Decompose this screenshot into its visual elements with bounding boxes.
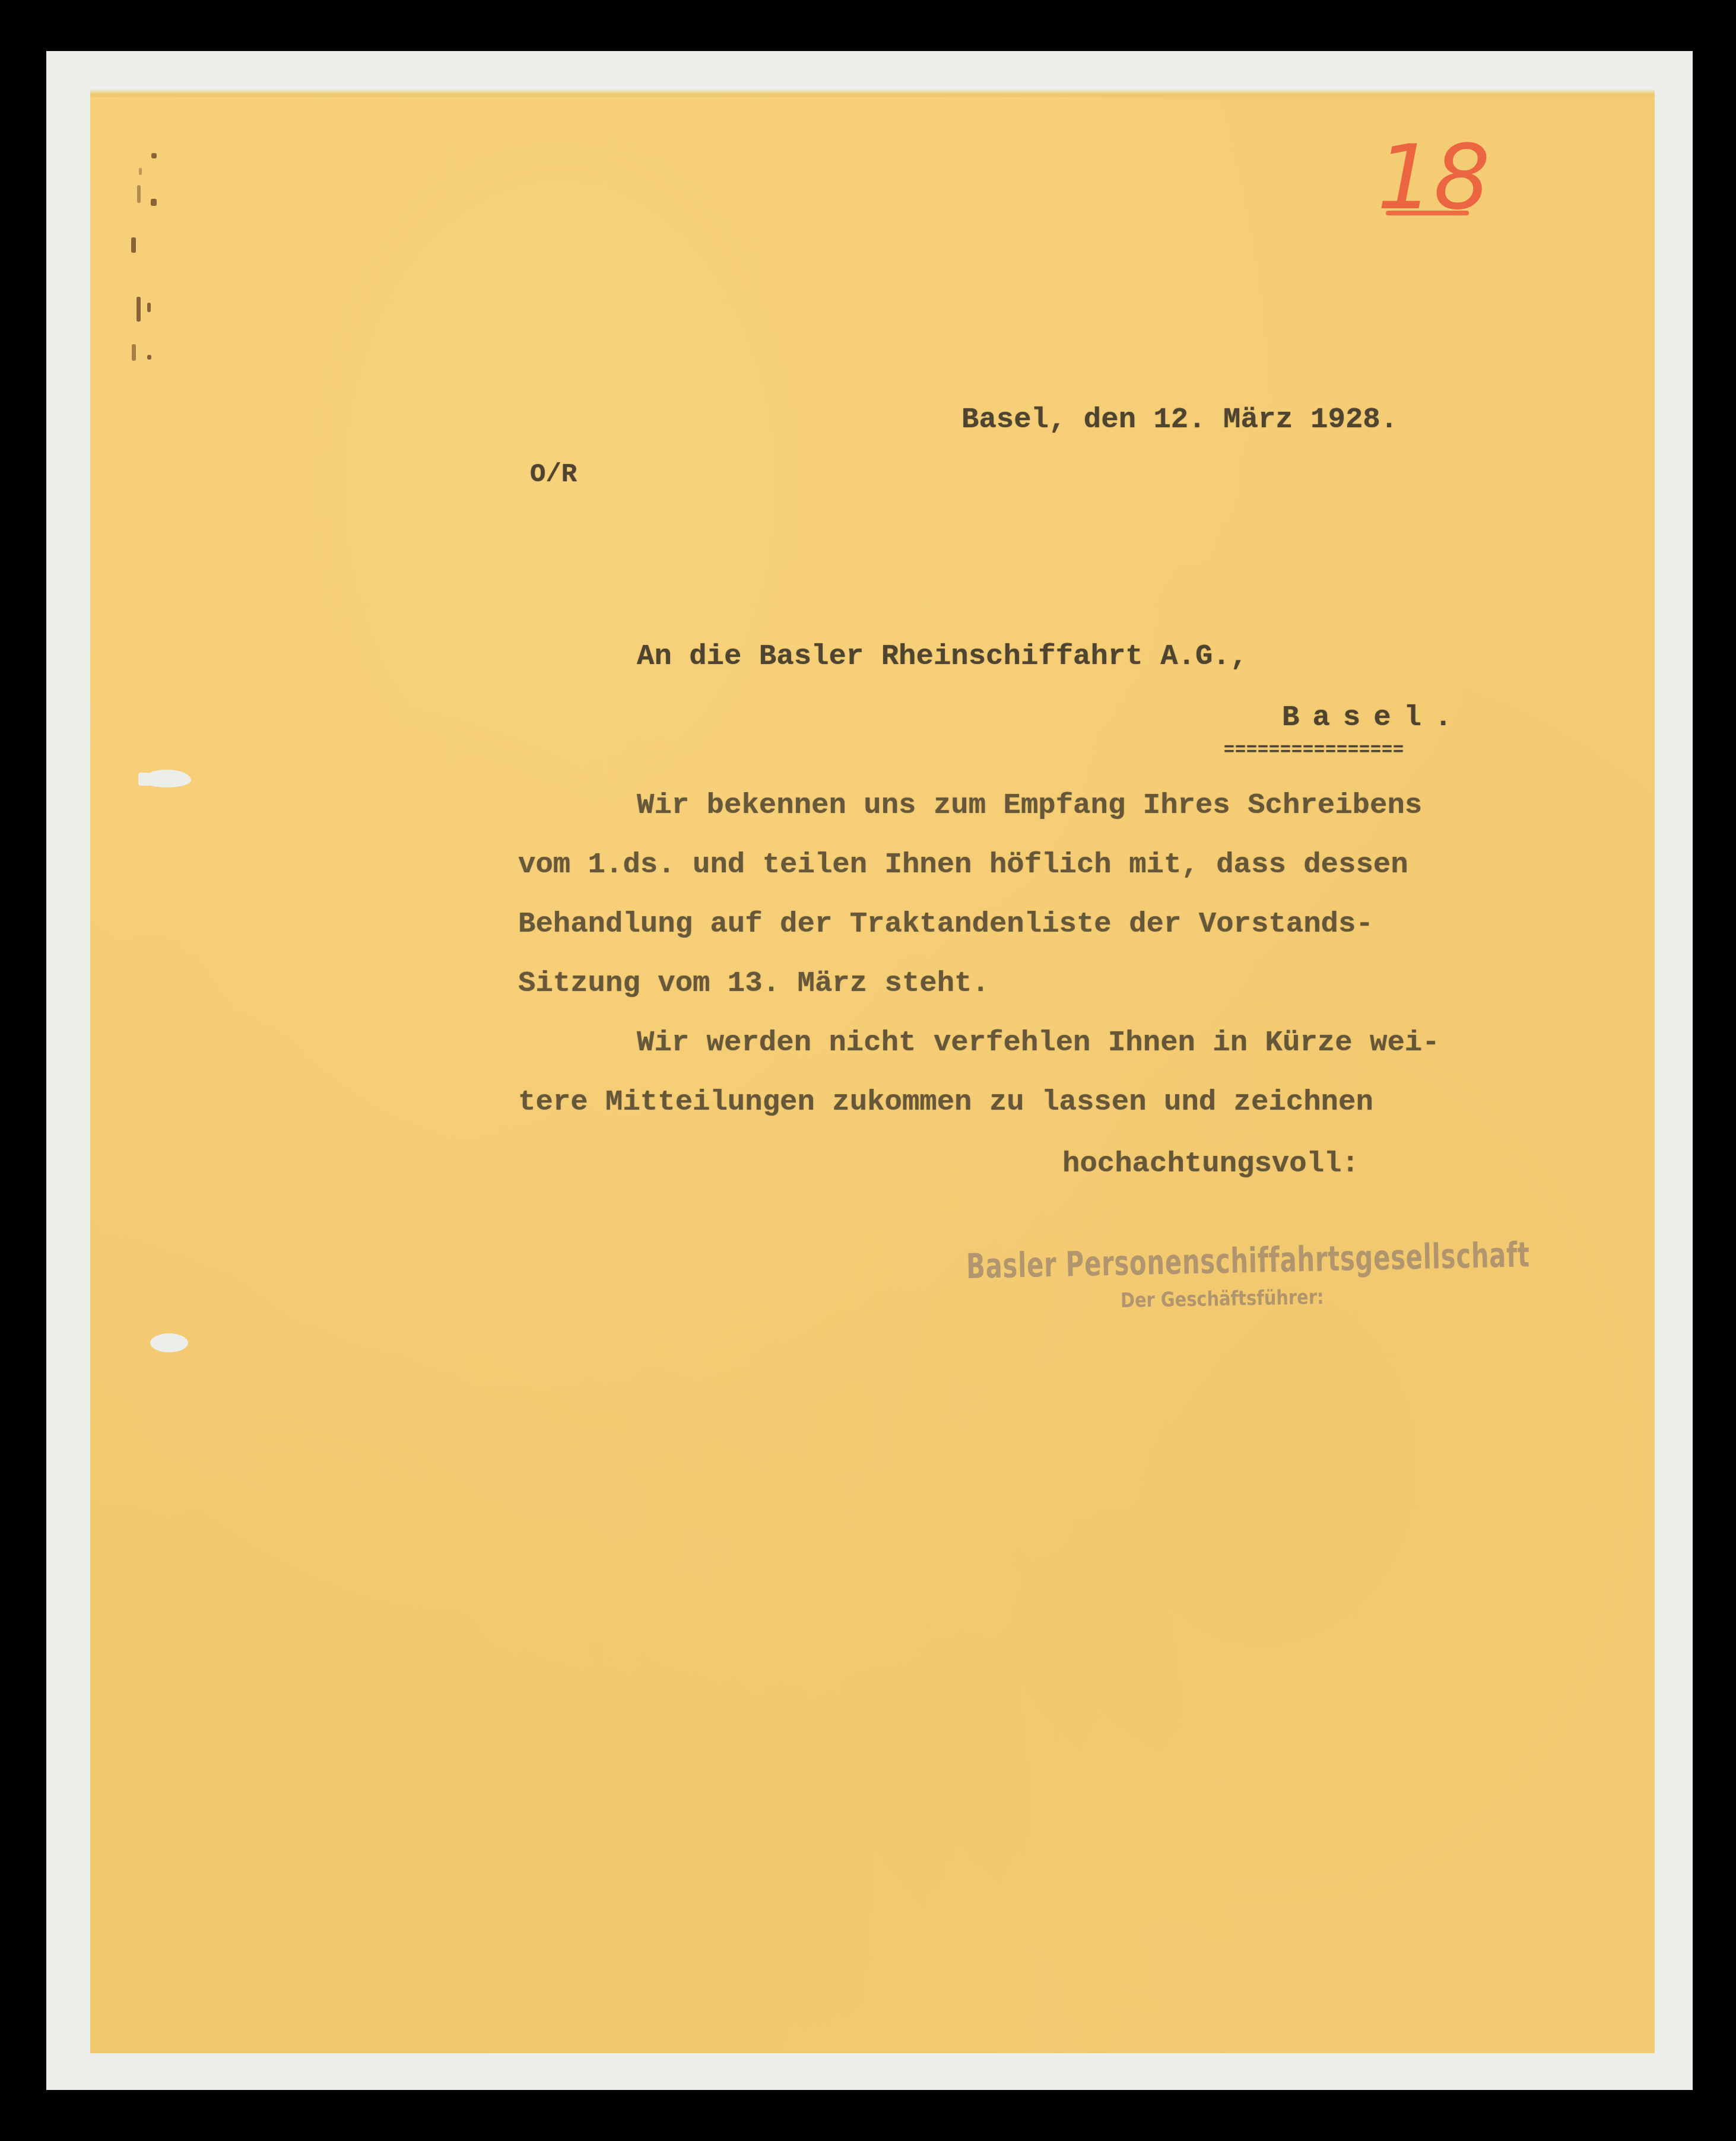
- binding-mark: [147, 303, 151, 312]
- binding-mark: [137, 185, 141, 203]
- body-line-4: Sitzung vom 13. März steht.: [518, 969, 989, 998]
- recipient-line: An die Basler Rheinschiffahrt A.G.,: [637, 642, 1248, 671]
- binding-mark: [132, 344, 136, 361]
- binding-mark: [131, 237, 136, 253]
- binding-mark: [137, 297, 141, 322]
- folio-number: 18: [1377, 134, 1490, 223]
- paper-torn-edge: [90, 89, 1655, 97]
- body-line-3: Behandlung auf der Traktandenliste der V…: [518, 910, 1373, 939]
- company-stamp-title: Der Geschäftsführer:: [1121, 1285, 1324, 1313]
- punch-hole-lower: [150, 1333, 188, 1352]
- body-line-2: vom 1.ds. und teilen Ihnen höflich mit, …: [518, 850, 1408, 879]
- recipient-city-underline: ================: [1224, 742, 1404, 760]
- closing-line: hochachtungsvoll:: [1062, 1149, 1359, 1178]
- punch-hole-upper-notch: [138, 773, 150, 786]
- binding-mark: [147, 355, 151, 360]
- letter-paper: [90, 94, 1655, 2053]
- body-line-5: Wir werden nicht verfehlen Ihnen in Kürz…: [637, 1028, 1440, 1057]
- folio-underline: [1386, 211, 1469, 215]
- binding-mark: [151, 199, 157, 206]
- recipient-city: Basel.: [1282, 703, 1465, 732]
- body-line-6: tere Mitteilungen zukommen zu lassen und…: [518, 1088, 1373, 1117]
- reference-initials: O/R: [530, 462, 577, 488]
- date-line: Basel, den 12. März 1928.: [961, 405, 1398, 434]
- binding-mark: [151, 153, 157, 158]
- body-line-1: Wir bekennen uns zum Empfang Ihres Schre…: [637, 791, 1422, 820]
- binding-mark: [139, 168, 142, 175]
